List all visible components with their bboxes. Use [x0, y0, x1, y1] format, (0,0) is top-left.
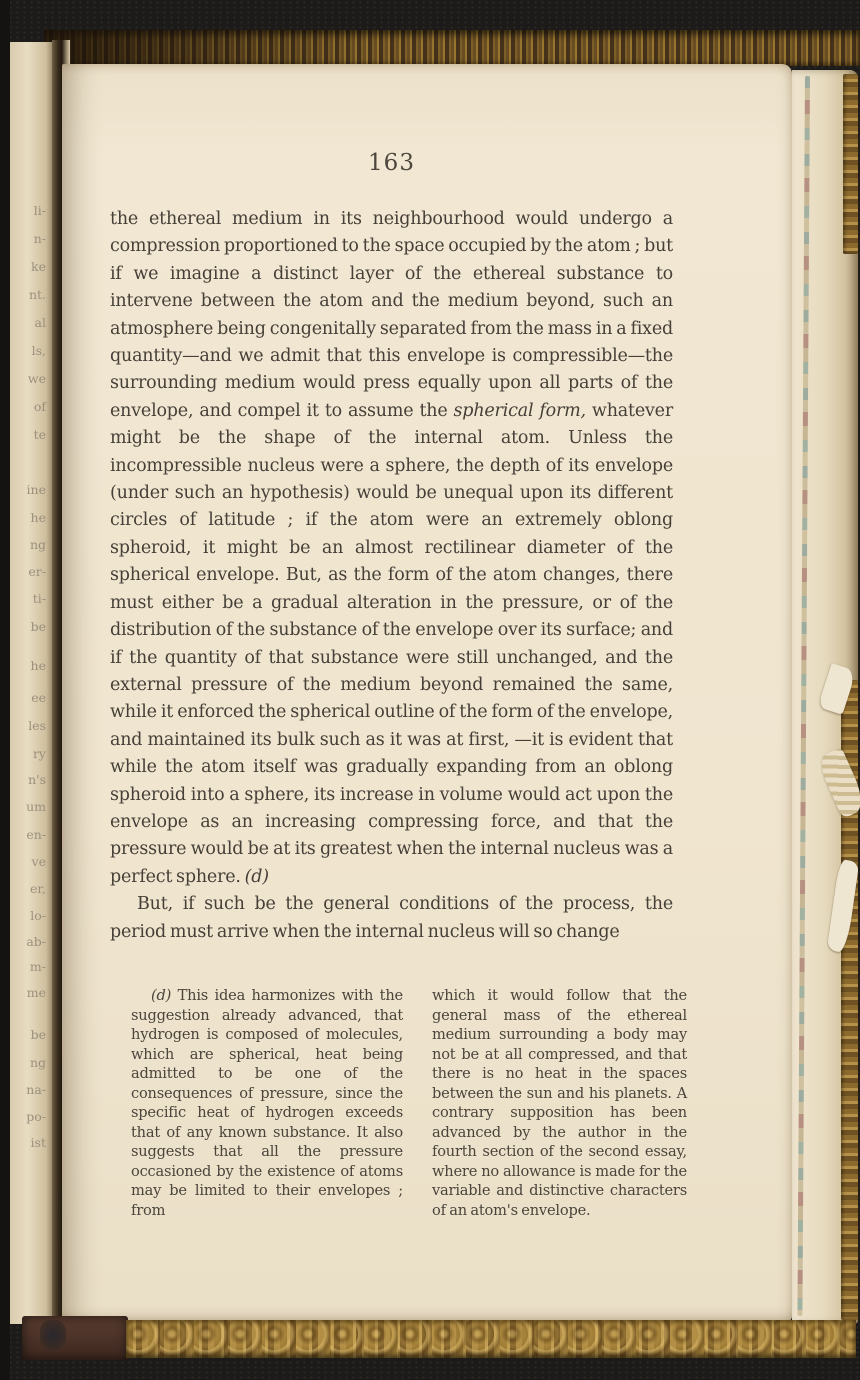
book-photo: li-n-kent.alls,weofteinehenger-ti-beheee…	[0, 0, 860, 1380]
footnote-right-column: which it would follow that the general m…	[432, 986, 687, 1220]
leather-corner	[22, 1316, 128, 1360]
paragraph-1-text-a: the ethereal medium in its neighbourhood…	[110, 209, 673, 421]
paragraph-1-text-b: whatever might be the shape of the inter…	[110, 401, 673, 887]
page-number: 163	[110, 152, 673, 175]
paragraph-2: But, if such be the general conditions o…	[110, 891, 673, 946]
footnote-reference: (d)	[245, 867, 269, 887]
page-edge-stack	[792, 70, 858, 1324]
facing-page-edge	[10, 42, 54, 1324]
book-page: 163 the ethereal medium in its neighbour…	[62, 64, 792, 1322]
footnote-left-text: This idea harmonizes with the suggestion…	[131, 987, 403, 1219]
photo-left-edge	[0, 0, 10, 1380]
footnote-left-column: (d) This idea harmonizes with the sugges…	[131, 986, 403, 1220]
bottom-gilt-edge	[126, 1320, 856, 1358]
footnote: (d) This idea harmonizes with the sugges…	[131, 986, 687, 1220]
footnote-marker: (d)	[151, 987, 171, 1004]
top-gilt-edge	[44, 30, 860, 66]
body-text: the ethereal medium in its neighbourhood…	[110, 206, 673, 946]
gauffered-edge-top	[843, 74, 858, 254]
paragraph-1: the ethereal medium in its neighbourhood…	[110, 206, 673, 891]
italic-phrase: spherical form,	[454, 401, 586, 421]
fore-edge-marbled-line	[797, 76, 810, 1316]
